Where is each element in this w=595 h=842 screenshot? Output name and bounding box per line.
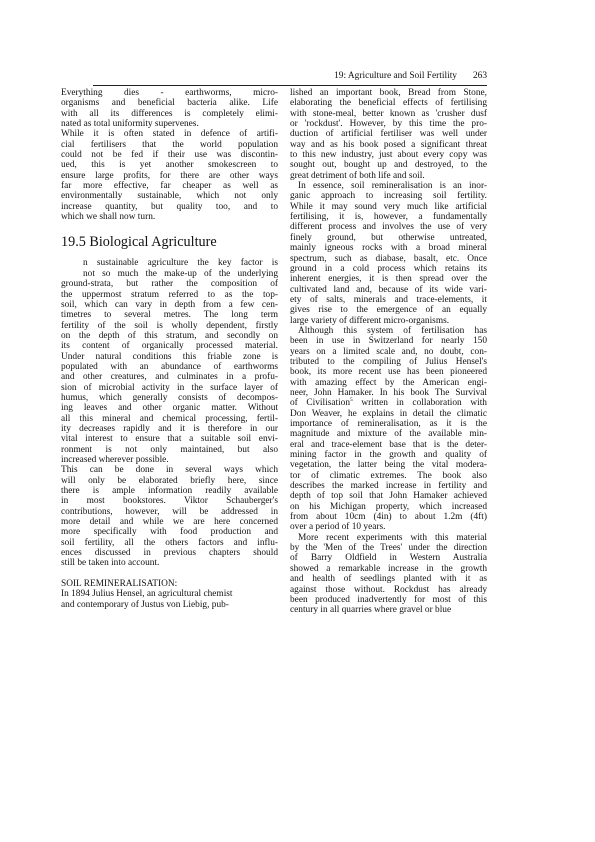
text-line: soil, which can vary in depth from a few… bbox=[61, 300, 278, 310]
text-line: populated with an abundance of earthworm… bbox=[61, 362, 278, 372]
text-line: ity decreases rapidly and it is therefor… bbox=[61, 424, 278, 434]
text-line: to this new industry, just about every c… bbox=[290, 150, 487, 160]
text-line: with amazing effect by the American engi… bbox=[290, 378, 487, 388]
text-line: all this mineral and chemical processing… bbox=[61, 414, 278, 424]
text-line: ground in a cold process which retains i… bbox=[290, 264, 487, 274]
text-line: mining factor in the growth and quality … bbox=[290, 450, 487, 460]
text-line: ensure large profits, for there are othe… bbox=[61, 171, 278, 181]
text-line: in most bookstores. Viktor Schauberger's bbox=[61, 496, 278, 506]
text-line: been produced inadvertently for most of … bbox=[290, 595, 487, 605]
text-line: ganic approach to increasing soil fertil… bbox=[290, 191, 487, 201]
running-title: 19: Agriculture and Soil Fertility bbox=[334, 71, 457, 81]
text-line: ground-strata, but rather the compositio… bbox=[61, 279, 278, 289]
left-column: Everything dies - earthworms, micro- org… bbox=[61, 88, 278, 610]
text-line: and contemporary of Justus von Liebig, p… bbox=[61, 600, 278, 610]
text-line: tor of climatic extremes. The book also bbox=[290, 471, 487, 481]
text-line: sion of microbial activity in the surfac… bbox=[61, 383, 278, 393]
text-line: duction of artificial fertiliser was wel… bbox=[290, 129, 487, 139]
text-line: eral and trace-element base that is the … bbox=[290, 440, 487, 450]
text-line: More recent experiments with this materi… bbox=[290, 533, 487, 543]
text-line: vegetation, the latter being the vital m… bbox=[290, 460, 487, 470]
paragraph: Everything dies - earthworms, micro- org… bbox=[61, 88, 278, 129]
text-line: Under natural conditions this friable zo… bbox=[61, 352, 278, 362]
text-line: neer, John Hamaker. In his book The Surv… bbox=[290, 388, 487, 398]
text-line: could not be fed if their use was discon… bbox=[61, 150, 278, 160]
text-line: which we shall now turn. bbox=[61, 212, 278, 222]
text-line: ences discussed in previous chapters sho… bbox=[61, 548, 278, 558]
text-line: importance of remineralisation, as it is… bbox=[290, 419, 487, 429]
text-line: nated as total uniformity supervenes. bbox=[61, 119, 278, 129]
text-line: on his Michigan property, which increase… bbox=[290, 502, 487, 512]
text-line: will only be elaborated briefly here, si… bbox=[61, 476, 278, 486]
text-fragment: of Civilisation bbox=[290, 398, 350, 408]
text-line: Everything dies - earthworms, micro- bbox=[61, 88, 278, 98]
text-line: against those without. Rockdust has alre… bbox=[290, 585, 487, 595]
text-line: environmentally sustainable, which not o… bbox=[61, 191, 278, 201]
text-line: increased wherever possible. bbox=[61, 455, 278, 465]
text-line: far more effective, far cheaper as well … bbox=[61, 181, 278, 191]
paragraph: In 1894 Julius Hensel, an agricultural c… bbox=[61, 589, 278, 610]
text-fragment: written in collaboration with bbox=[353, 398, 487, 408]
text-line: century in all quarries where gravel or … bbox=[290, 605, 487, 615]
text-line: more specifically with food production a… bbox=[61, 527, 278, 537]
text-line: fertilising, it is, however, a fundament… bbox=[290, 212, 487, 222]
text-line: sought out, bought up and destroyed, to … bbox=[290, 160, 487, 170]
paragraph: Although this system of fertilisation ha… bbox=[290, 326, 487, 533]
text-line: cial fertilisers that the world populati… bbox=[61, 140, 278, 150]
text-line: increase quantity, but quality too, and … bbox=[61, 202, 278, 212]
text-line: contributions, however, will be addresse… bbox=[61, 507, 278, 517]
paragraph: More recent experiments with this materi… bbox=[290, 533, 487, 616]
text-line: of Barry Oldfield in Western Australia bbox=[290, 553, 487, 563]
text-line: there is ample information readily avail… bbox=[61, 486, 278, 496]
text-line: great detriment of both life and soil. bbox=[290, 171, 487, 181]
text-line: spectrum, such as diabase, basalt, etc. … bbox=[290, 254, 487, 264]
paragraph: While it is often stated in defence of a… bbox=[61, 129, 278, 222]
right-column: lished an important book, Bread from Sto… bbox=[290, 88, 487, 616]
text-line: vital interest to ensure that a suitable… bbox=[61, 434, 278, 444]
text-line: ued, this is yet another smokescreen to bbox=[61, 160, 278, 170]
text-line: its content of organically processed mat… bbox=[61, 341, 278, 351]
text-line: organisms and beneficial bacteria alike.… bbox=[61, 98, 278, 108]
paragraph: lished an important book, Bread from Sto… bbox=[290, 88, 487, 181]
text-line-with-footnote: of Civilisation5 written in collaboratio… bbox=[290, 398, 487, 408]
text-line: over a period of 10 years. bbox=[290, 522, 487, 532]
text-line: While it is often stated in defence of a… bbox=[61, 129, 278, 139]
text-line: on the depth of this stratum, and second… bbox=[61, 331, 278, 341]
text-line: depth of top soil that John Hamaker achi… bbox=[290, 491, 487, 501]
text-line: and other creatures, and culminates in a… bbox=[61, 372, 278, 382]
paragraph: n sustainable agriculture the key factor… bbox=[61, 258, 278, 465]
text-line: In 1894 Julius Hensel, an agricultural c… bbox=[61, 589, 278, 599]
text-line: describes the marked increase in fertili… bbox=[290, 481, 487, 491]
text-line: cultivated land and, because of its wide… bbox=[290, 285, 487, 295]
paragraph: In essence, soil remineralisation is an … bbox=[290, 181, 487, 326]
text-line: more detail and while we are here concer… bbox=[61, 517, 278, 527]
text-line: humus, which generally consists of decom… bbox=[61, 393, 278, 403]
text-line: fertility of the soil is wholly dependen… bbox=[61, 321, 278, 331]
text-line: ety of salts, minerals and trace-element… bbox=[290, 295, 487, 305]
text-line: ronment is not only maintained, but also bbox=[61, 445, 278, 455]
text-line: elaborating the beneficial effects of fe… bbox=[290, 98, 487, 108]
text-line: with all its differences is completely e… bbox=[61, 109, 278, 119]
text-line: magnitude and mixture of the available m… bbox=[290, 429, 487, 439]
text-line: the uppermost stratum referred to as the… bbox=[61, 290, 278, 300]
page-number: 263 bbox=[473, 71, 487, 81]
text-line: Although this system of fertilisation ha… bbox=[290, 326, 487, 336]
section-heading: 19.5 Biological Agriculture bbox=[61, 234, 278, 250]
text-line: been in use in Switzerland for nearly 15… bbox=[290, 336, 487, 346]
document-page: 19: Agriculture and Soil Fertility 263 E… bbox=[0, 0, 595, 842]
text-line: not so much the make-up of the underlyin… bbox=[61, 269, 278, 279]
text-line: lished an important book, Bread from Sto… bbox=[290, 88, 487, 98]
text-line: In essence, soil remineralisation is an … bbox=[290, 181, 487, 191]
text-line: by the 'Men of the Trees' under the dire… bbox=[290, 543, 487, 553]
text-line: years on a limited scale and, no doubt, … bbox=[290, 347, 487, 357]
text-line: book, its more recent use has been pione… bbox=[290, 367, 487, 377]
text-line: timetres to several metres. The long ter… bbox=[61, 310, 278, 320]
text-line: from about 10cm (4in) to about 1.2m (4ft… bbox=[290, 512, 487, 522]
text-line: with stone-meal, better known as 'crushe… bbox=[290, 109, 487, 119]
text-line: mainly igneous rocks with a broad minera… bbox=[290, 243, 487, 253]
text-line: While it may sound very much like artifi… bbox=[290, 202, 487, 212]
running-header: 19: Agriculture and Soil Fertility 263 bbox=[93, 71, 487, 86]
text-line: ing leaves and other organic matter. Wit… bbox=[61, 403, 278, 413]
text-line: or 'rockdust'. However, by this time the… bbox=[290, 119, 487, 129]
text-line: n sustainable agriculture the key factor… bbox=[61, 258, 278, 268]
subheading: SOIL REMINERALISATION: bbox=[61, 579, 278, 589]
text-line: finely ground, but otherwise untreated, bbox=[290, 233, 487, 243]
text-line: tributed to the compiling of Julius Hens… bbox=[290, 357, 487, 367]
text-line: showed a remarkable increase in the grow… bbox=[290, 564, 487, 574]
text-line: Don Weaver, he explains in detail the cl… bbox=[290, 409, 487, 419]
text-line: gives rise to the emergence of an equall… bbox=[290, 305, 487, 315]
text-line: different process and involves the use o… bbox=[290, 222, 487, 232]
paragraph: This can be done in several ways which w… bbox=[61, 465, 278, 568]
text-line: way and as his book posed a significant … bbox=[290, 140, 487, 150]
text-line: large variety of different micro-organis… bbox=[290, 316, 487, 326]
text-line: and health of seedlings planted with it … bbox=[290, 574, 487, 584]
text-line: This can be done in several ways which bbox=[61, 465, 278, 475]
text-line: still be taken into account. bbox=[61, 558, 278, 568]
text-line: inherent energies, it is then spread ove… bbox=[290, 274, 487, 284]
text-line: soil fertility, all the others factors a… bbox=[61, 538, 278, 548]
